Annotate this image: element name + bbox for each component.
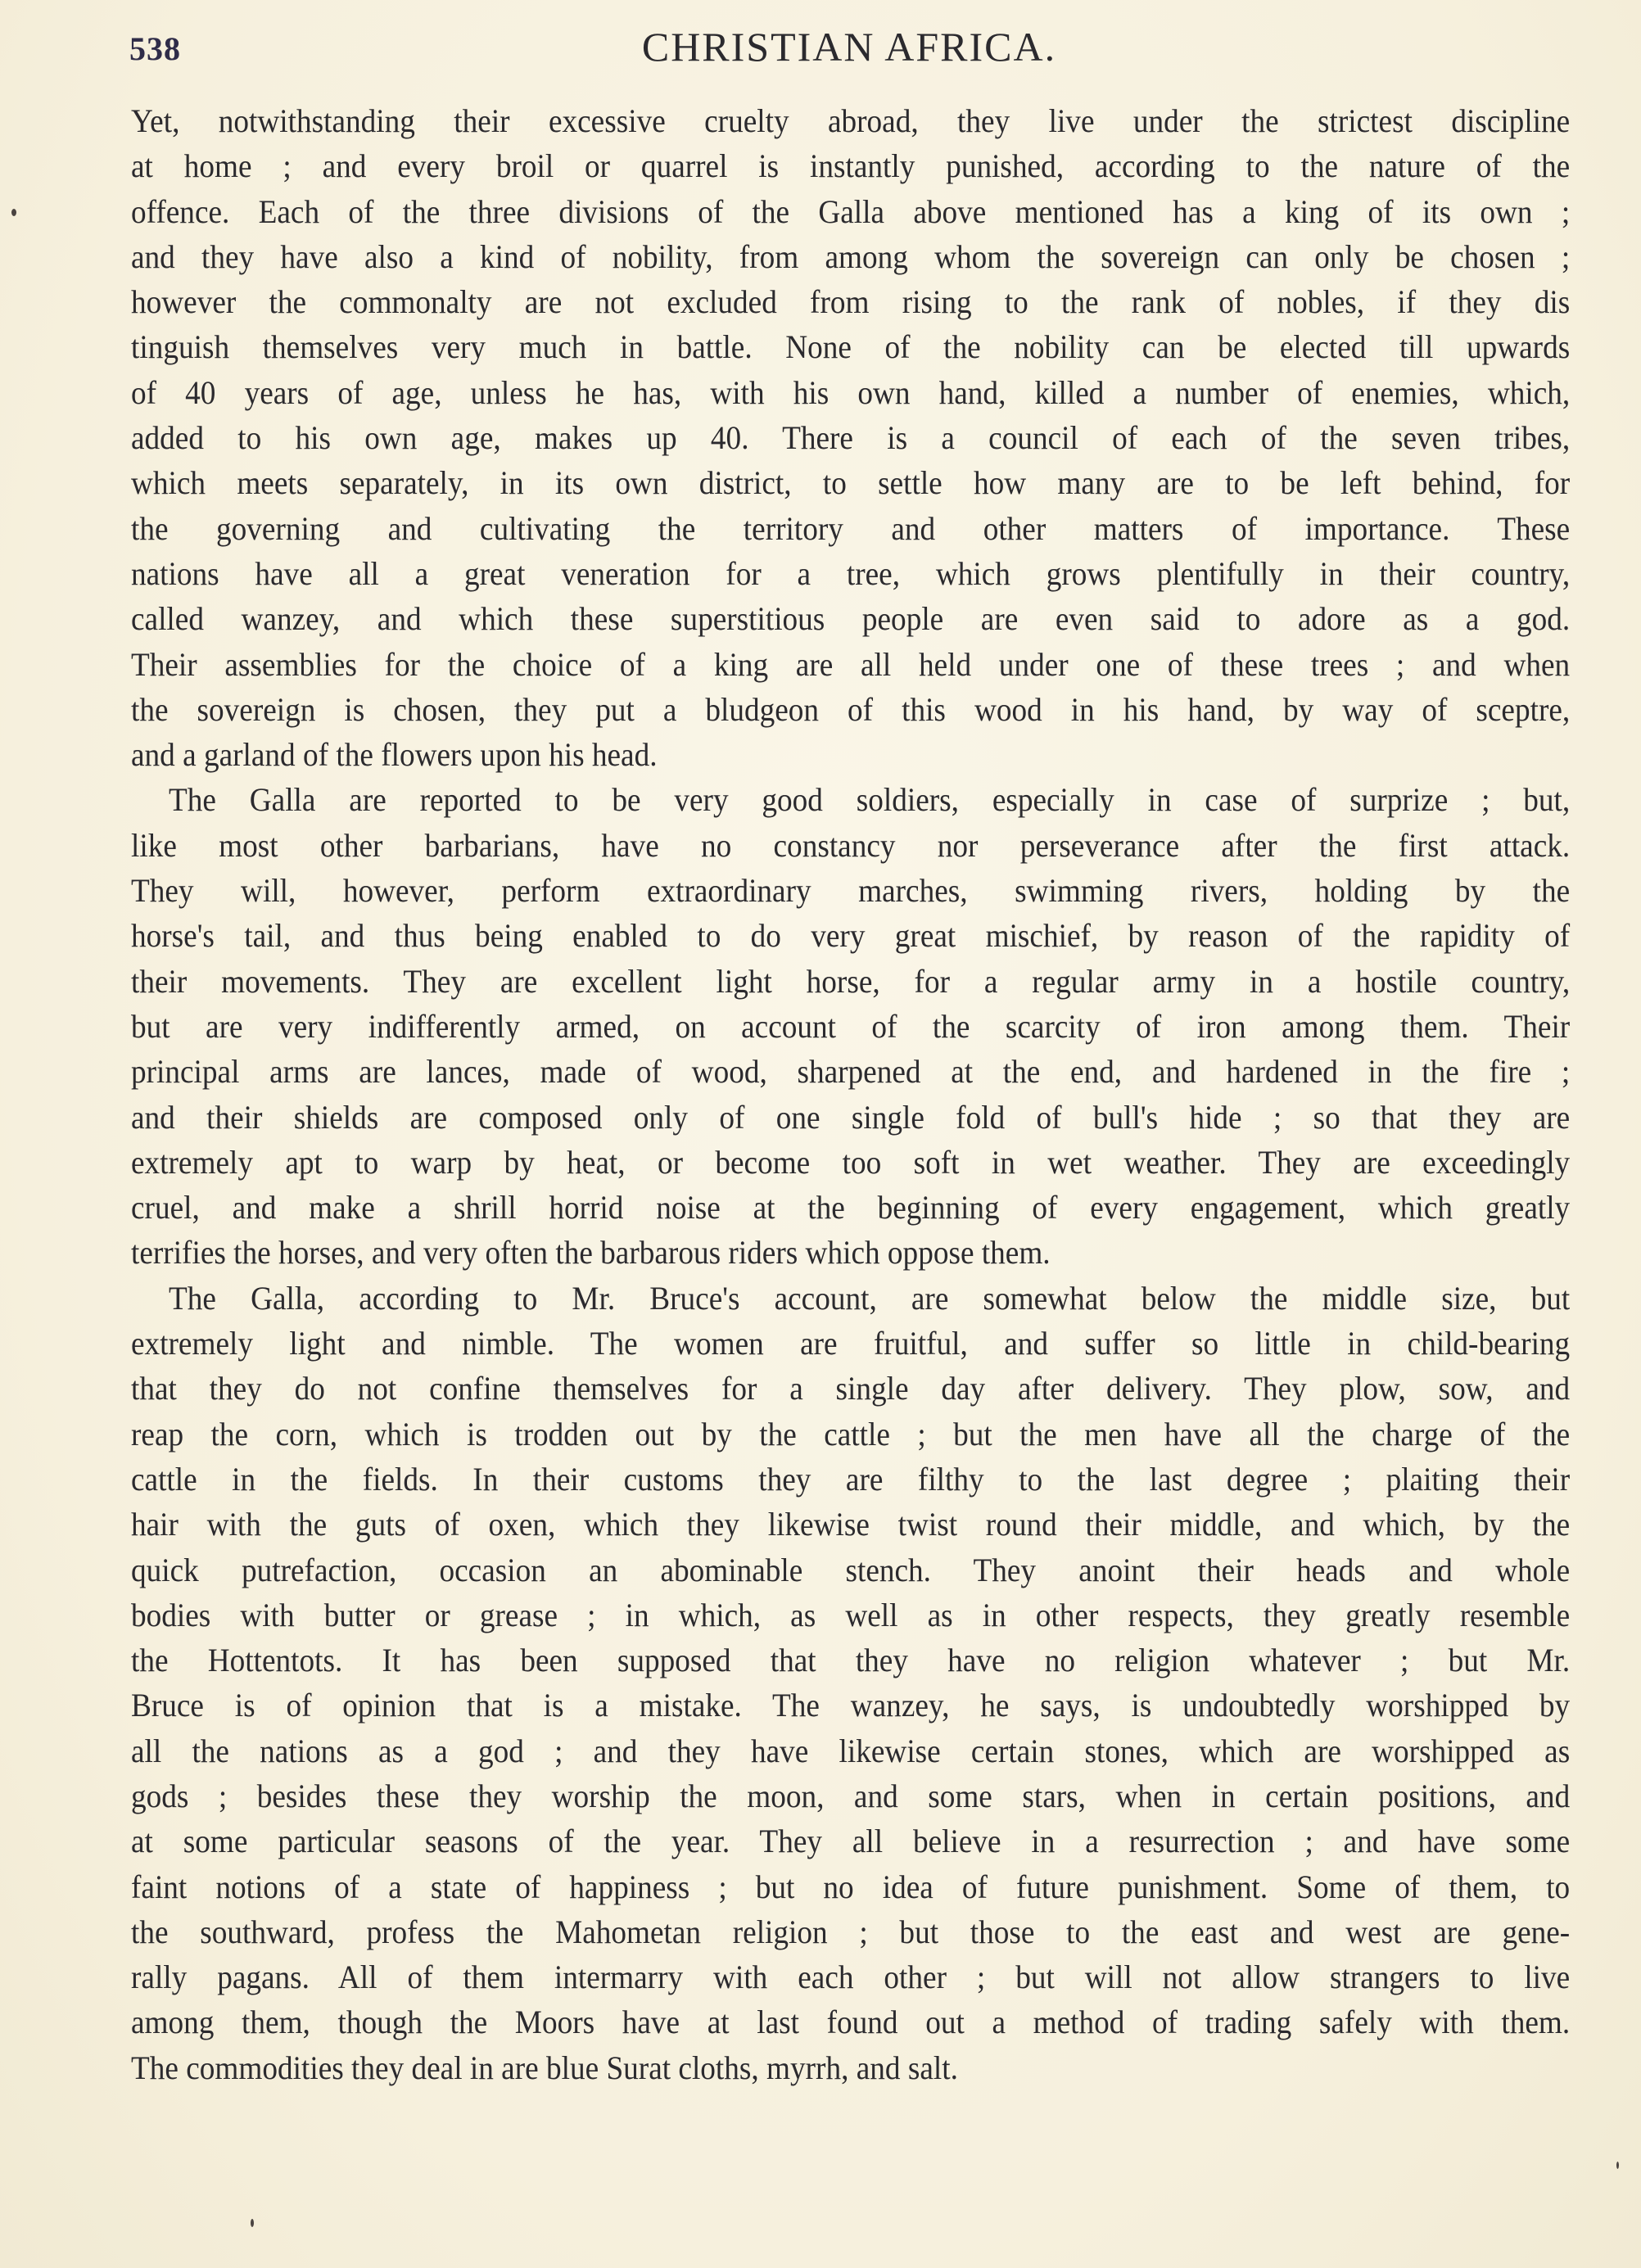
text-line: principal arms are lances, made of wood,… <box>131 1049 1570 1094</box>
text-line: among them, though the Moors have at las… <box>131 1999 1570 2044</box>
text-line: The Galla are reported to be very good s… <box>131 777 1570 822</box>
text-line: tinguish themselves very much in battle.… <box>131 324 1570 369</box>
ink-speck <box>11 209 16 216</box>
text-line: gods ; besides these they worship the mo… <box>131 1773 1570 1818</box>
text-line: The Galla, according to Mr. Bruce's acco… <box>131 1276 1570 1321</box>
text-line: Their assemblies for the choice of a kin… <box>131 642 1570 687</box>
text-line: quick putrefaction, occasion an abominab… <box>131 1547 1570 1593</box>
text-line: of 40 years of age, unless he has, with … <box>131 370 1570 415</box>
text-line: all the nations as a god ; and they have… <box>131 1728 1570 1773</box>
text-line: called wanzey, and which these superstit… <box>131 596 1570 641</box>
ink-speck <box>1616 2162 1619 2169</box>
text-line: the sovereign is chosen, they put a blud… <box>131 687 1570 732</box>
paragraph-1: Yet, notwithstanding their excessive cru… <box>131 98 1572 777</box>
text-line: offence. Each of the three divisions of … <box>131 189 1570 234</box>
text-line: the southward, profess the Mahometan rel… <box>131 1909 1570 1954</box>
text-line: extremely light and nimble. The women ar… <box>131 1321 1570 1366</box>
running-title: CHRISTIAN AFRICA. <box>0 23 1641 70</box>
text-line: their movements. They are excellent ligh… <box>131 959 1570 1004</box>
text-line: that they do not confine themselves for … <box>131 1366 1570 1411</box>
text-line: extremely apt to warp by heat, or become… <box>131 1140 1570 1185</box>
text-line: faint notions of a state of happiness ; … <box>131 1864 1570 1909</box>
text-line: Bruce is of opinion that is a mistake. T… <box>131 1683 1570 1728</box>
ink-speck <box>251 2219 254 2227</box>
text-line: horse's tail, and thus being enabled to … <box>131 913 1570 958</box>
paragraph-3: The Galla, according to Mr. Bruce's acco… <box>131 1276 1572 2090</box>
text-line: reap the corn, which is trodden out by t… <box>131 1412 1570 1457</box>
text-line: They will, however, perform extraordinar… <box>131 868 1570 913</box>
paragraph-2: The Galla are reported to be very good s… <box>131 777 1572 1275</box>
text-line: added to his own age, makes up 40. There… <box>131 415 1570 460</box>
text-line: the Hottentots. It has been supposed tha… <box>131 1638 1570 1683</box>
text-line: at home ; and every broil or quarrel is … <box>131 143 1570 188</box>
text-line: the governing and cultivating the territ… <box>131 506 1570 551</box>
text-line: bodies with butter or grease ; in which,… <box>131 1593 1570 1638</box>
text-line: cattle in the fields. In their customs t… <box>131 1457 1570 1502</box>
text-line: like most other barbarians, have no cons… <box>131 823 1570 868</box>
text-line: and a garland of the flowers upon his he… <box>131 732 1570 777</box>
text-line: hair with the guts of oxen, which they l… <box>131 1502 1570 1547</box>
text-line: cruel, and make a shrill horrid noise at… <box>131 1185 1570 1230</box>
text-line: The commodities they deal in are blue Su… <box>131 2045 1570 2090</box>
text-line: Yet, notwithstanding their excessive cru… <box>131 98 1570 143</box>
text-line: nations have all a great veneration for … <box>131 551 1570 596</box>
text-line: and they have also a kind of nobility, f… <box>131 234 1570 279</box>
text-line: but are very indifferently armed, on acc… <box>131 1004 1570 1049</box>
text-line: at some particular seasons of the year. … <box>131 1818 1570 1864</box>
text-line: however the commonalty are not excluded … <box>131 279 1570 324</box>
text-line: and their shields are composed only of o… <box>131 1095 1570 1140</box>
text-line: terrifies the horses, and very often the… <box>131 1230 1570 1275</box>
body-text: Yet, notwithstanding their excessive cru… <box>131 98 1572 2090</box>
text-line: which meets separately, in its own distr… <box>131 460 1570 505</box>
text-line: rally pagans. All of them intermarry wit… <box>131 1954 1570 1999</box>
